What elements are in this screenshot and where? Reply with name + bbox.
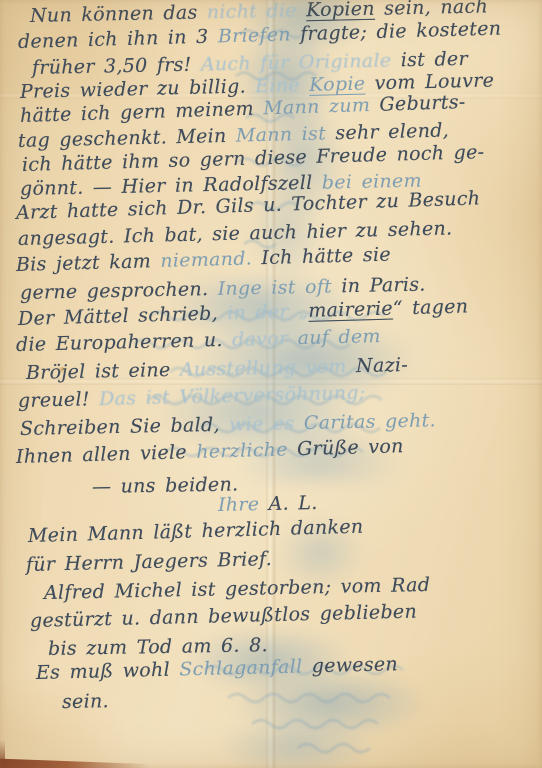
- letter-line-segment: Es muß wohl: [36, 659, 180, 684]
- letter-line-segment: Kopien: [306, 0, 375, 21]
- letter-line-segment: Geburts-: [379, 91, 466, 116]
- letter-line-segment: Bis jetzt kam: [16, 250, 161, 276]
- letter-line: für Herrn Jaegers Brief.: [26, 547, 273, 577]
- letter-line-segment: nicht die: [207, 0, 307, 23]
- letter-line: Ihre A. L.: [218, 491, 318, 517]
- letter-line: greuel! Das ist Völkerversöhnung;: [18, 381, 366, 413]
- letter-line-segment: fragte; die kosteten: [300, 18, 502, 46]
- letter-line-segment: A. L.: [268, 492, 317, 515]
- letter-line-segment: gerne gesprochen.: [20, 278, 218, 304]
- letter-line-segment: greuel!: [18, 388, 100, 412]
- letter-line-segment: in der „: [227, 300, 309, 324]
- letter-line-segment: Der Mättel schrieb,: [18, 302, 228, 330]
- letter-line-segment: mairerie: [308, 298, 393, 322]
- letter-line-segment: davor: [232, 327, 298, 351]
- paper-stain: [58, 366, 66, 373]
- letter-line-segment: Schreiben Sie bald,: [20, 414, 230, 440]
- letter-line-segment: Ich hätte sie: [252, 244, 391, 270]
- letter-line-segment: Inge ist oft: [217, 275, 341, 300]
- letter-line-segment: Mann zum: [263, 94, 380, 120]
- letter-line-segment: Eine: [255, 74, 309, 97]
- letter-line-segment: Das ist Völkerversöhnung;: [99, 382, 366, 411]
- letter-line-segment: “ tagen: [393, 295, 469, 319]
- letter-line-segment: Ihre: [218, 493, 269, 516]
- letter-line-segment: gestürzt u. dann bewußtlos geblieben: [30, 601, 418, 632]
- letter-text: Nun können das nicht die Kopien sein, na…: [0, 0, 542, 768]
- letter-line-segment: Ihnen allen viele: [16, 441, 197, 468]
- letter-line: gestürzt u. dann bewußtlos geblieben: [30, 600, 418, 633]
- letter-line-segment: Mann ist: [236, 122, 336, 146]
- letter-line-segment: Nazi-: [356, 354, 408, 377]
- letter-line-segment: Nun können das: [30, 1, 207, 27]
- letter-line-segment: Bröjel ist eine: [26, 359, 180, 384]
- letter-line-segment: denen ich ihn in 3: [18, 25, 218, 53]
- letter-line: — uns beiden.: [92, 472, 239, 499]
- letter-line-segment: Schlaganfall: [179, 655, 303, 680]
- letter-line-segment: Mein Mann läßt herzlich danken: [28, 516, 364, 547]
- letter-line-segment: Caritas geht.: [304, 409, 436, 434]
- letter-line-segment: auf dem: [297, 325, 381, 349]
- letter-line-segment: Briefen: [218, 23, 301, 47]
- letter-line-segment: gewesen: [302, 653, 398, 677]
- letter-line: Mein Mann läßt herzlich danken: [28, 515, 364, 548]
- letter-line: sein.: [62, 689, 109, 714]
- letter-line-segment: sein.: [62, 690, 109, 713]
- letter-line-segment: herzliche: [196, 438, 297, 463]
- letter-line-segment: ist der: [401, 48, 469, 71]
- letter-line-segment: Ausstellung vom: [180, 355, 357, 381]
- letter-line-segment: wie es: [229, 412, 304, 436]
- letter-line-segment: in Paris.: [341, 274, 426, 298]
- letter-line-segment: Grüße von: [297, 435, 404, 460]
- letter-line-segment: die Europaherren u.: [16, 329, 233, 356]
- letter-line-segment: Alfred Michel ist gestorben; vom Rad: [44, 574, 431, 604]
- letter-line-segment: niemand.: [160, 247, 252, 272]
- letter-line-segment: für Herrn Jaegers Brief.: [26, 548, 273, 576]
- letter-line-segment: — uns beiden.: [92, 473, 239, 498]
- letter-page: Nun können das nicht die Kopien sein, na…: [0, 0, 542, 768]
- letter-line-segment: früher 3,50 frs!: [32, 53, 201, 79]
